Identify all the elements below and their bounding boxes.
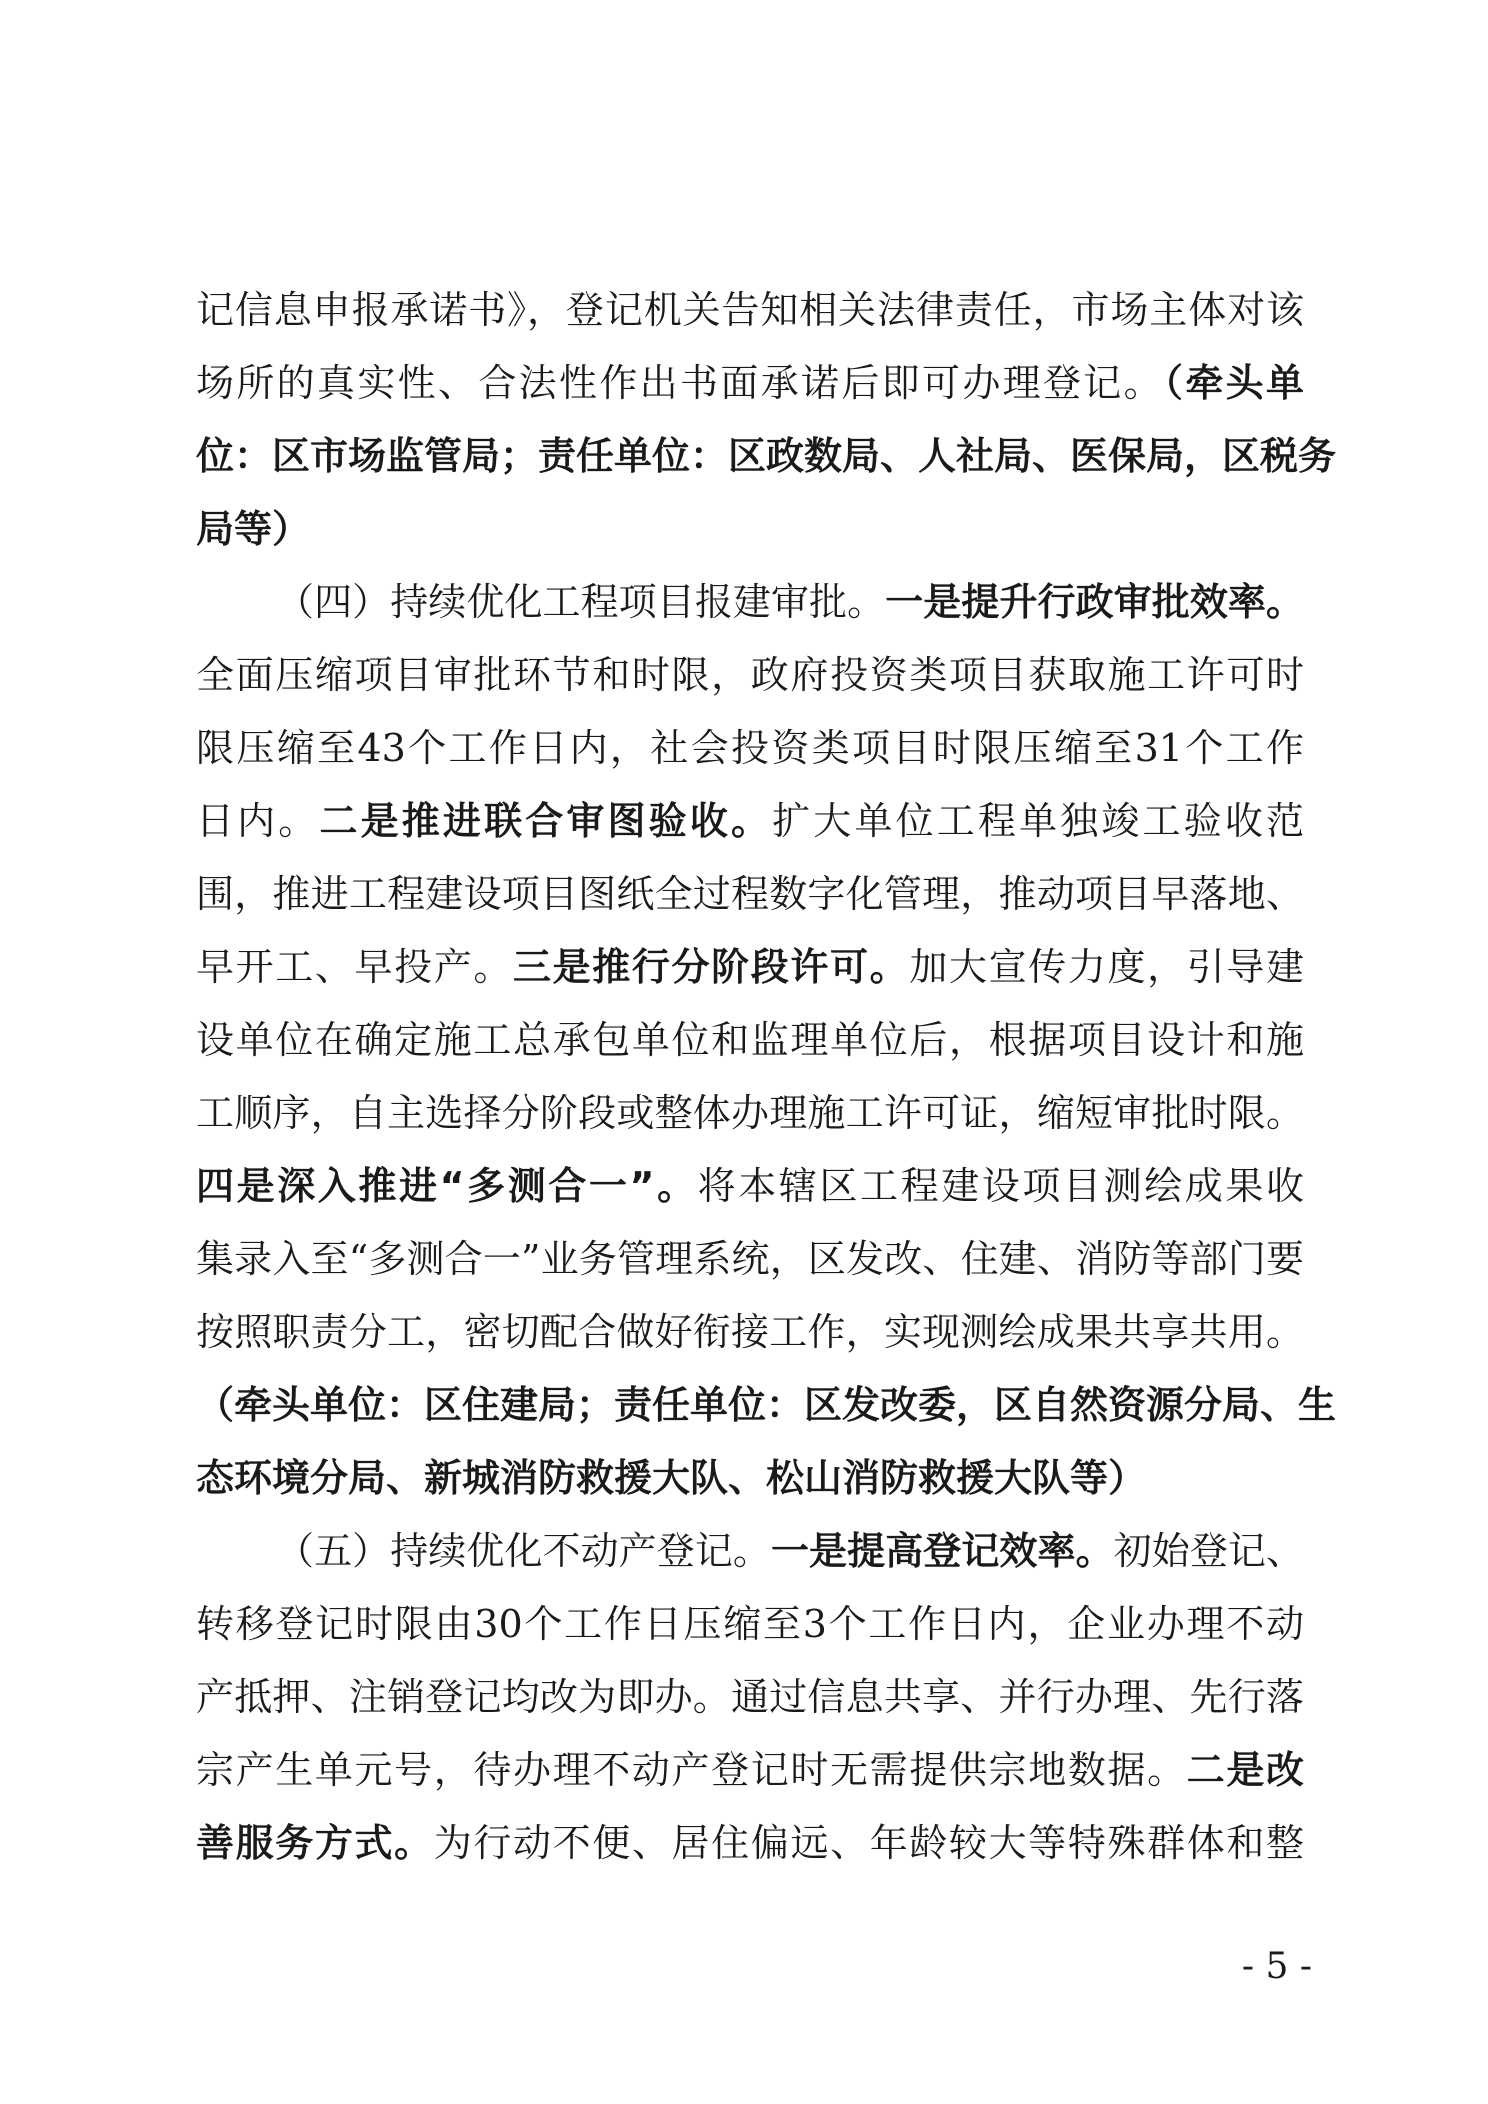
bold-text-segment: 局等）: [196, 507, 310, 551]
text-segment: 转移登记时限由30个工作日压缩至3个工作日内，企业办理不动: [196, 1602, 1304, 1646]
text-segment: 早开工、早投产。: [196, 945, 513, 989]
text-line: 产抵押、注销登记均改为即办。通过信息共享、并行办理、先行落: [196, 1667, 1304, 1727]
text-line: 早开工、早投产。三是推行分阶段许可。加大宣传力度，引导建: [196, 937, 1304, 997]
bold-text-segment: 态环境分局、新城消防救援大队、松山消防救援大队等）: [196, 1456, 1146, 1500]
text-segment: 产抵押、注销登记均改为即办。通过信息共享、并行办理、先行落: [196, 1675, 1304, 1719]
text-line: 转移登记时限由30个工作日压缩至3个工作日内，企业办理不动: [196, 1594, 1304, 1654]
page-number: - 5 -: [1232, 1942, 1312, 1992]
text-segment: 全面压缩项目审批环节和时限，政府投资类项目获取施工许可时: [196, 653, 1304, 697]
text-segment: 宗产生单元号，待办理不动产登记时无需提供宗地数据。: [196, 1748, 1187, 1792]
text-line: 日内。二是推进联合审图验收。扩大单位工程单独竣工验收范: [196, 791, 1304, 851]
text-line: （四）持续优化工程项目报建审批。一是提升行政审批效率。: [196, 572, 1304, 632]
text-segment: 场所的真实性、合法性作出书面承诺后即可办理登记。: [196, 361, 1164, 405]
text-line: 记信息申报承诺书》，登记机关告知相关法律责任，市场主体对该: [196, 280, 1304, 340]
bold-text-segment: 三是推行分阶段许可。: [513, 945, 909, 989]
text-line: 宗产生单元号，待办理不动产登记时无需提供宗地数据。二是改: [196, 1740, 1304, 1800]
text-line: 工顺序，自主选择分阶段或整体办理施工许可证，缩短审批时限。: [196, 1083, 1304, 1143]
bold-text-segment: 一是提升行政审批效率。: [885, 580, 1304, 624]
bold-text-segment: 二是改: [1187, 1748, 1304, 1792]
text-segment: 为行动不便、居住偏远、年龄较大等特殊群体和整: [434, 1821, 1304, 1865]
text-segment: 将本辖区工程建设项目测绘成果收: [698, 1164, 1304, 1208]
text-line: 态环境分局、新城消防救援大队、松山消防救援大队等）: [196, 1448, 1304, 1508]
text-segment: 限压缩至43个工作日内，社会投资类项目时限压缩至31个工作: [196, 726, 1304, 770]
text-line: （牵头单位：区住建局；责任单位：区发改委，区自然资源分局、生: [196, 1375, 1304, 1435]
text-segment: 按照职责分工，密切配合做好衔接工作，实现测绘成果共享共用。: [196, 1310, 1304, 1354]
text-line: 限压缩至43个工作日内，社会投资类项目时限压缩至31个工作: [196, 718, 1304, 778]
text-segment: 日内。: [196, 799, 319, 843]
text-line: 按照职责分工，密切配合做好衔接工作，实现测绘成果共享共用。: [196, 1302, 1304, 1362]
bold-text-segment: （牵头单: [1164, 361, 1304, 405]
text-line: 围，推进工程建设项目图纸全过程数字化管理，推动项目早落地、: [196, 864, 1304, 924]
text-segment: 工顺序，自主选择分阶段或整体办理施工许可证，缩短审批时限。: [196, 1091, 1304, 1135]
text-segment: 记信息申报承诺书》，登记机关告知相关法律责任，市场主体对该: [196, 288, 1304, 332]
document-page: 记信息申报承诺书》，登记机关告知相关法律责任，市场主体对该场所的真实性、合法性作…: [0, 0, 1488, 2104]
text-line: 局等）: [196, 499, 1304, 559]
text-line: 善服务方式。为行动不便、居住偏远、年龄较大等特殊群体和整: [196, 1813, 1304, 1873]
text-line: 四是深入推进“多测合一”。将本辖区工程建设项目测绘成果收: [196, 1156, 1304, 1216]
text-line: （五）持续优化不动产登记。一是提高登记效率。初始登记、: [196, 1521, 1304, 1581]
text-line: 位：区市场监管局；责任单位：区政数局、人社局、医保局，区税务: [196, 426, 1304, 486]
text-segment: 集录入至“多测合一”业务管理系统，区发改、住建、消防等部门要: [196, 1237, 1304, 1281]
text-line: 设单位在确定施工总承包单位和监理单位后，根据项目设计和施: [196, 1010, 1304, 1070]
bold-text-segment: 四是深入推进“多测合一”。: [196, 1164, 698, 1208]
text-segment: （四）持续优化工程项目报建审批。: [276, 580, 885, 624]
text-segment: 设单位在确定施工总承包单位和监理单位后，根据项目设计和施: [196, 1018, 1304, 1062]
text-line: 集录入至“多测合一”业务管理系统，区发改、住建、消防等部门要: [196, 1229, 1304, 1289]
bold-text-segment: 二是推进联合审图验收。: [319, 799, 772, 843]
text-segment: 围，推进工程建设项目图纸全过程数字化管理，推动项目早落地、: [196, 872, 1304, 916]
text-segment: （五）持续优化不动产登记。: [276, 1529, 771, 1573]
bold-text-segment: 一是提高登记效率。: [771, 1529, 1114, 1573]
bold-text-segment: 善服务方式。: [196, 1821, 434, 1865]
text-segment: 扩大单位工程单独竣工验收范: [772, 799, 1304, 843]
text-line: 全面压缩项目审批环节和时限，政府投资类项目获取施工许可时: [196, 645, 1304, 705]
text-segment: 初始登记、: [1114, 1529, 1304, 1573]
text-segment: 加大宣传力度，引导建: [909, 945, 1304, 989]
bold-text-segment: 位：区市场监管局；责任单位：区政数局、人社局、医保局，区税务: [196, 434, 1336, 478]
bold-text-segment: （牵头单位：区住建局；责任单位：区发改委，区自然资源分局、生: [196, 1383, 1336, 1427]
text-line: 场所的真实性、合法性作出书面承诺后即可办理登记。（牵头单: [196, 353, 1304, 413]
